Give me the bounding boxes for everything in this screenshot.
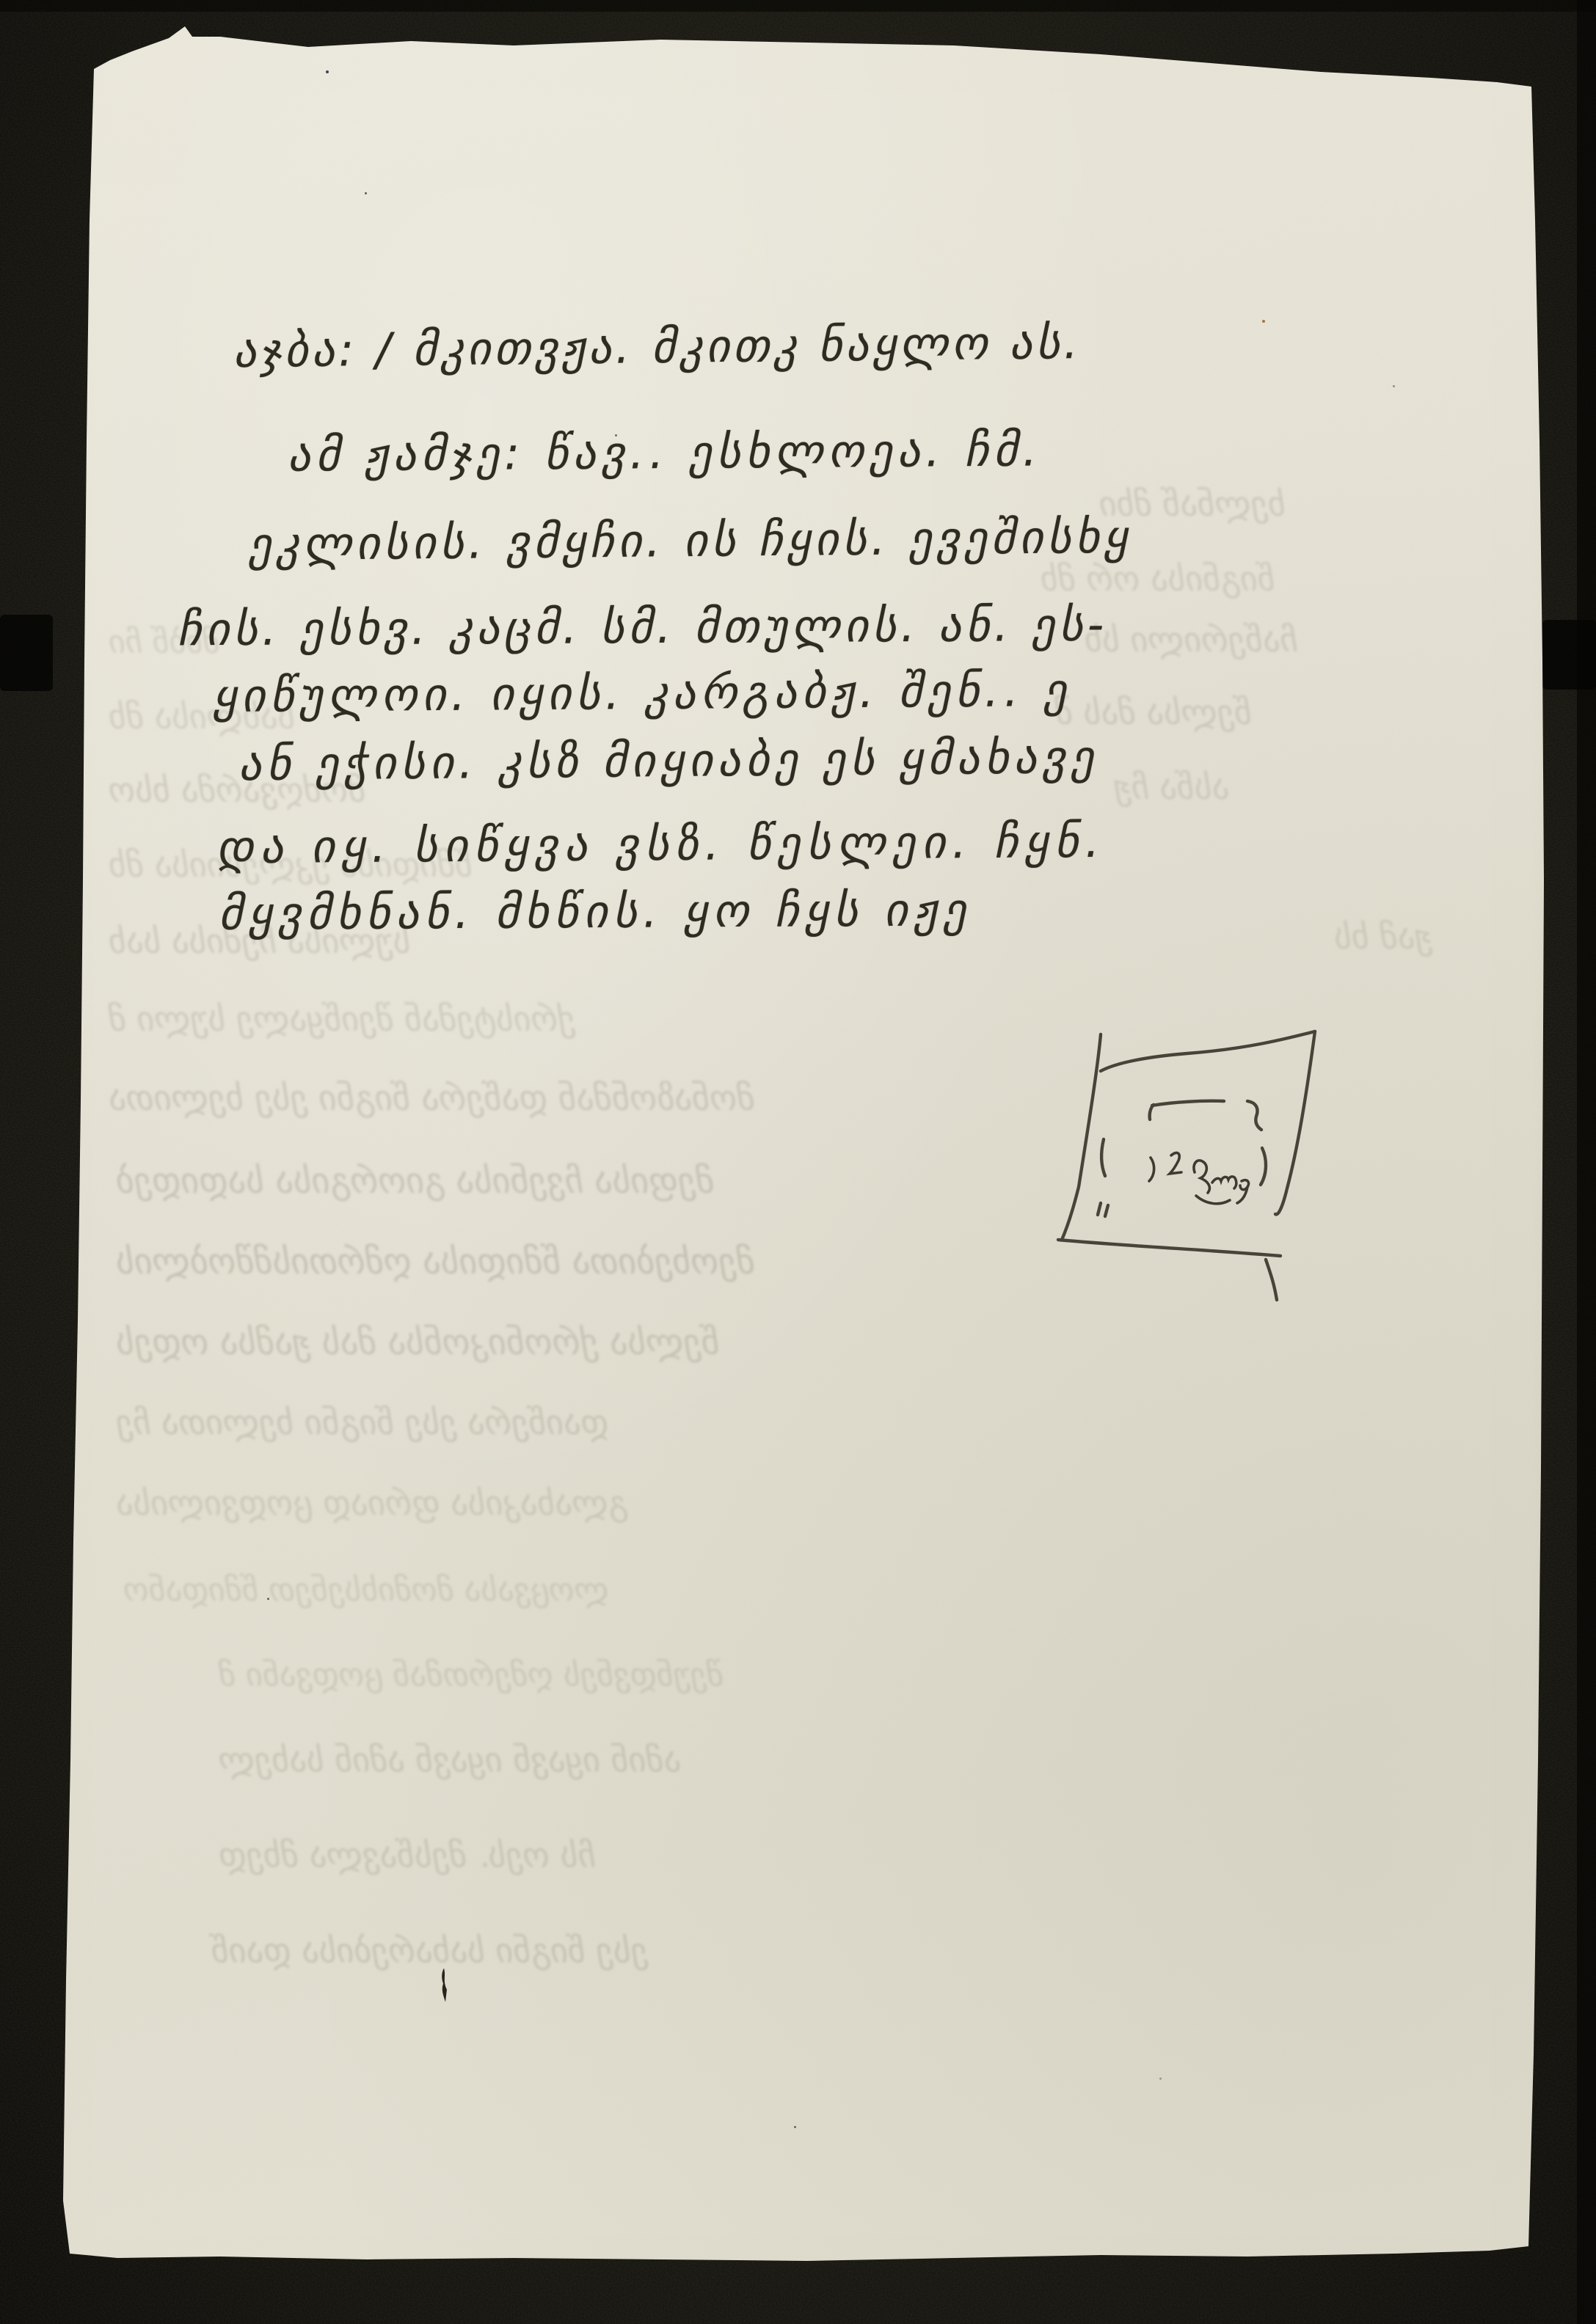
dust-speck (365, 192, 367, 194)
bleedthrough-line: გლახაკისა ფრიად ცოდვილისა (117, 1483, 630, 1523)
handwriting-line: მყვმხნან. მხწის. ყო ჩყს იჟე (219, 883, 972, 940)
scan-edge-shadow-right (1577, 0, 1596, 2324)
scanned-manuscript: ხელნაწ მხიწიგნისა ორ მხმხბწ ჩიჩაწერილი ს… (0, 0, 1596, 2324)
dust-speck (615, 434, 617, 436)
scan-edge-dark-patch-left (0, 615, 53, 691)
bleedthrough-line: მეოხებითა წმიდისა ღმრთისმშობლის (117, 1241, 758, 1282)
bleedthrough-line: ლოცვასა მომიხსენეთ წმიდანო (124, 1571, 611, 1609)
bleedthrough-line: ჩს ოეს. მესწავლა მხედ (219, 1835, 599, 1875)
bleedthrough-line: ქრისტემან შეიწყალე სული მ (109, 999, 578, 1039)
dust-speck (267, 1598, 269, 1600)
box-scribble (1149, 1152, 1249, 1203)
handwriting-line: ამ ჟამჯე: წავ.. ესხლოეა. ჩმ. (288, 423, 1043, 481)
bleedthrough-line: ესე წიგნი სახარებისა დაიწ (212, 1931, 651, 1970)
dust-speck (1082, 48, 1085, 51)
bleedthrough-line: ასწა ჩჟ (1115, 767, 1232, 807)
bleedthrough-line: მეფისა ჩვენისა გიორგისა სადიდებ (117, 1161, 717, 1202)
bleedthrough-line: მონაზონმან დაწერა წიგნი ესე ხელითა (109, 1078, 758, 1119)
handwriting-line: აჯბა: ∕ მკითვჟა. მკითკ ნაყლო ას. (233, 315, 1082, 378)
bleedthrough-line: წელსა ქრონიკონსა მას ჟამსა ოდეს (117, 1322, 723, 1363)
bleedthrough-line: ჩაწერილი სხ (1085, 620, 1300, 659)
handwriting-line: ეკლისის. ვმყჩი. ის ჩყის. ევეშისხყ (248, 510, 1132, 571)
scan-edge-dark-patch-right (1542, 620, 1596, 690)
bleedthrough-line: ამინ იყავნ იყავნ ამინ სახელ (219, 1740, 684, 1780)
handwriting-line: ჩის. ესხვ. კაცმ. სმ. მთულის. ან. ეს- (178, 598, 1109, 657)
scan-edge-shadow-top (0, 0, 1596, 12)
manuscript-page: ხელნაწ მხიწიგნისა ორ მხმხბწ ჩიჩაწერილი ს… (0, 0, 1596, 2324)
dust-speck (1159, 2078, 1162, 2080)
dust-speck (664, 2292, 666, 2293)
handwriting-line: ყიწულოი. იყის. კარგაბჟ. შენ.. ე (213, 663, 1072, 723)
bleedthrough-line: დაიწერა ესე წიგნი ხელითა ჩე (117, 1403, 611, 1442)
hand-drawn-box (1026, 992, 1341, 1307)
dust-speck (326, 70, 329, 73)
ink-mark (437, 1967, 453, 2004)
handwriting-line: ან ეჭისი. კსზ მიყიაბე ეს ყმახავე (238, 730, 1099, 791)
bleedthrough-line: წელსა მას შ (1056, 693, 1255, 732)
bleedthrough-line: შეუნდვნეს ღმერთმან ცოდვანი მ (219, 1656, 726, 1694)
dust-speck (1393, 385, 1395, 387)
handwriting-line: და იყ. სიწყვა ვსზ. წესლეი. ჩყნ. (216, 814, 1107, 874)
bleedthrough-line: ჟამ ხს (1335, 917, 1435, 957)
dust-speck (1262, 320, 1265, 323)
bleedthrough-line: წიგნისა ორ მხ (1041, 559, 1278, 599)
dust-speck (794, 2126, 796, 2128)
